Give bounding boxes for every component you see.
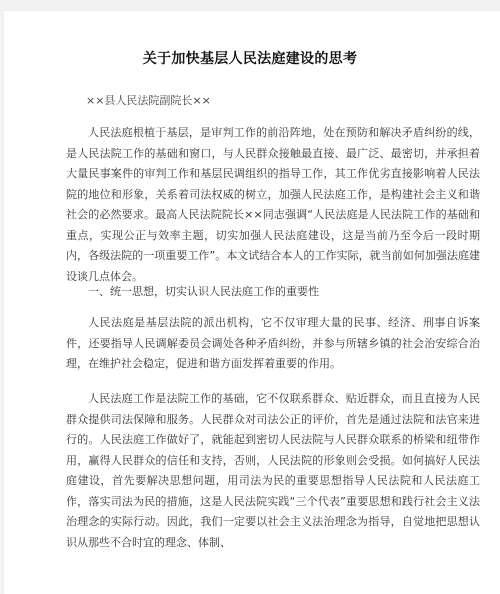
paragraph-body-1: 人民法庭是基层法院的派出机构，它不仅审理大量的民事、经济、刑事自诉案件，还要指导… [66, 313, 480, 375]
paragraph-body-2: 人民法庭工作是法院工作的基础，它不仅联系群众、贴近群众，而且直接为人民群众提供司… [66, 389, 480, 553]
paragraph-intro: 人民法庭根植于基层，是审判工作的前沿阵地，处在预防和解决矛盾纠纷的线，是人民法院… [66, 123, 480, 287]
document-author: ××县人民法院副院长×× [86, 92, 211, 108]
document-title: 关于加快基层人民法庭建设的思考 [0, 48, 500, 68]
section-heading: 一、统一思想，切实认识人民法庭工作的重要性 [88, 283, 319, 299]
